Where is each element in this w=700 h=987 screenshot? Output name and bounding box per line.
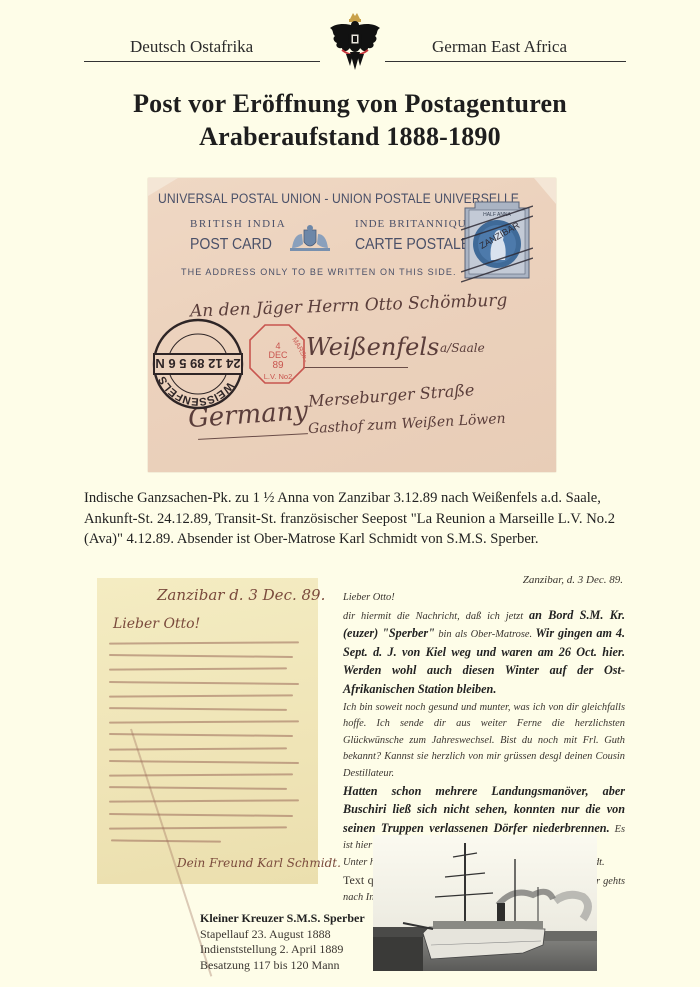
handwriting-stroke	[109, 760, 299, 764]
ship-caption-line: Indienststellung 2. April 1889	[200, 942, 365, 958]
photo-corner	[534, 178, 556, 204]
postcard-country-fr: INDE BRITANNIQUE	[355, 218, 474, 230]
postcard-type-fr: CARTE POSTALE	[355, 236, 470, 254]
header-right-label: German East Africa	[432, 37, 567, 57]
transcription-text: dir hiermit die Nachricht, daß ich jetzt	[343, 611, 529, 622]
page-title: Post vor Eröffnung von Postagenturen	[0, 89, 700, 119]
header-rule-left	[84, 61, 320, 62]
postcard-image: UNIVERSAL POSTAL UNION - UNION POSTALE U…	[148, 178, 556, 472]
postcard-type-en: POST CARD	[190, 236, 272, 254]
handwriting-stroke	[109, 654, 293, 658]
handwritten-house: Gasthof zum Weißen Löwen	[308, 411, 506, 437]
page-subtitle: Araberaufstand 1888-1890	[0, 122, 700, 152]
handwriting-stroke	[109, 800, 299, 803]
svg-text:DEC: DEC	[268, 350, 288, 360]
transcription-emphasis: Hatten schon mehrere Landungsmanöver, ab…	[343, 784, 625, 835]
handwriting-stroke	[109, 681, 299, 685]
underline	[303, 367, 408, 368]
handwriting-stroke	[109, 733, 293, 737]
transcription-salutation: Lieber Otto!	[343, 590, 625, 607]
imperial-eagle-icon	[326, 10, 384, 76]
handwriting-stroke	[109, 668, 287, 671]
underline	[198, 433, 308, 440]
transcription-text: bin als Ober-Matrose.	[435, 629, 536, 640]
svg-text:L.V. No2: L.V. No2	[264, 372, 293, 381]
header-rule-right	[385, 61, 626, 62]
handwritten-city: Weißenfels	[306, 333, 439, 361]
letter-heading: Zanzibar d. 3 Dec. 89.	[157, 586, 325, 604]
handwriting-stroke	[109, 826, 287, 829]
transit-postmark-icon: 4 DEC 89 L.V. No2 MARSEILLE	[248, 323, 306, 385]
postcard-country-en: BRITISH INDIA	[190, 218, 286, 230]
letter-signature: Dein Freund Karl Schmidt.	[177, 856, 341, 870]
svg-text:24 12 89 5 6 N: 24 12 89 5 6 N	[155, 356, 240, 371]
handwriting-stroke	[109, 721, 299, 724]
letter-salutation: Lieber Otto!	[113, 616, 200, 632]
handwriting-stroke	[109, 694, 293, 697]
postcard-caption: Indische Ganzsachen-Pk. zu 1 ½ Anna von …	[84, 488, 644, 550]
handwritten-street: Merseburger Straße	[308, 380, 475, 411]
royal-arms-icon	[288, 224, 332, 254]
transcription-paragraph: Ich bin soweit noch gesund und munter, w…	[343, 700, 625, 783]
letter-image: Zanzibar d. 3 Dec. 89. Lieber Otto! Dein…	[97, 578, 318, 884]
handwriting-stroke	[109, 773, 293, 776]
stamp-icon: HALF ANNA ZANZIBAR	[461, 200, 533, 284]
postcard-address-note: THE ADDRESS ONLY TO BE WRITTEN ON THIS S…	[181, 267, 457, 277]
ship-caption: Kleiner Kreuzer S.M.S. Sperber Stapellau…	[200, 911, 365, 973]
handwriting-stroke	[109, 707, 287, 711]
handwriting-stroke	[109, 641, 299, 644]
ship-caption-title: Kleiner Kreuzer S.M.S. Sperber	[200, 911, 365, 927]
handwriting-stroke	[109, 786, 287, 790]
svg-text:89: 89	[272, 360, 284, 371]
arrival-postmark-icon: 24 12 89 5 6 N WEISSENFELS	[150, 316, 246, 412]
handwriting-stroke	[109, 813, 293, 817]
ship-caption-line: Stapellauf 23. August 1888	[200, 927, 365, 943]
ship-caption-line: Besatzung 117 bis 120 Mann	[200, 958, 365, 974]
header-left-label: Deutsch Ostafrika	[130, 37, 253, 57]
handwritten-city-suffix: a/Saale	[440, 341, 485, 355]
transcription-date: Zanzibar, d. 3 Dec. 89.	[343, 574, 623, 586]
ship-photo	[373, 835, 597, 971]
